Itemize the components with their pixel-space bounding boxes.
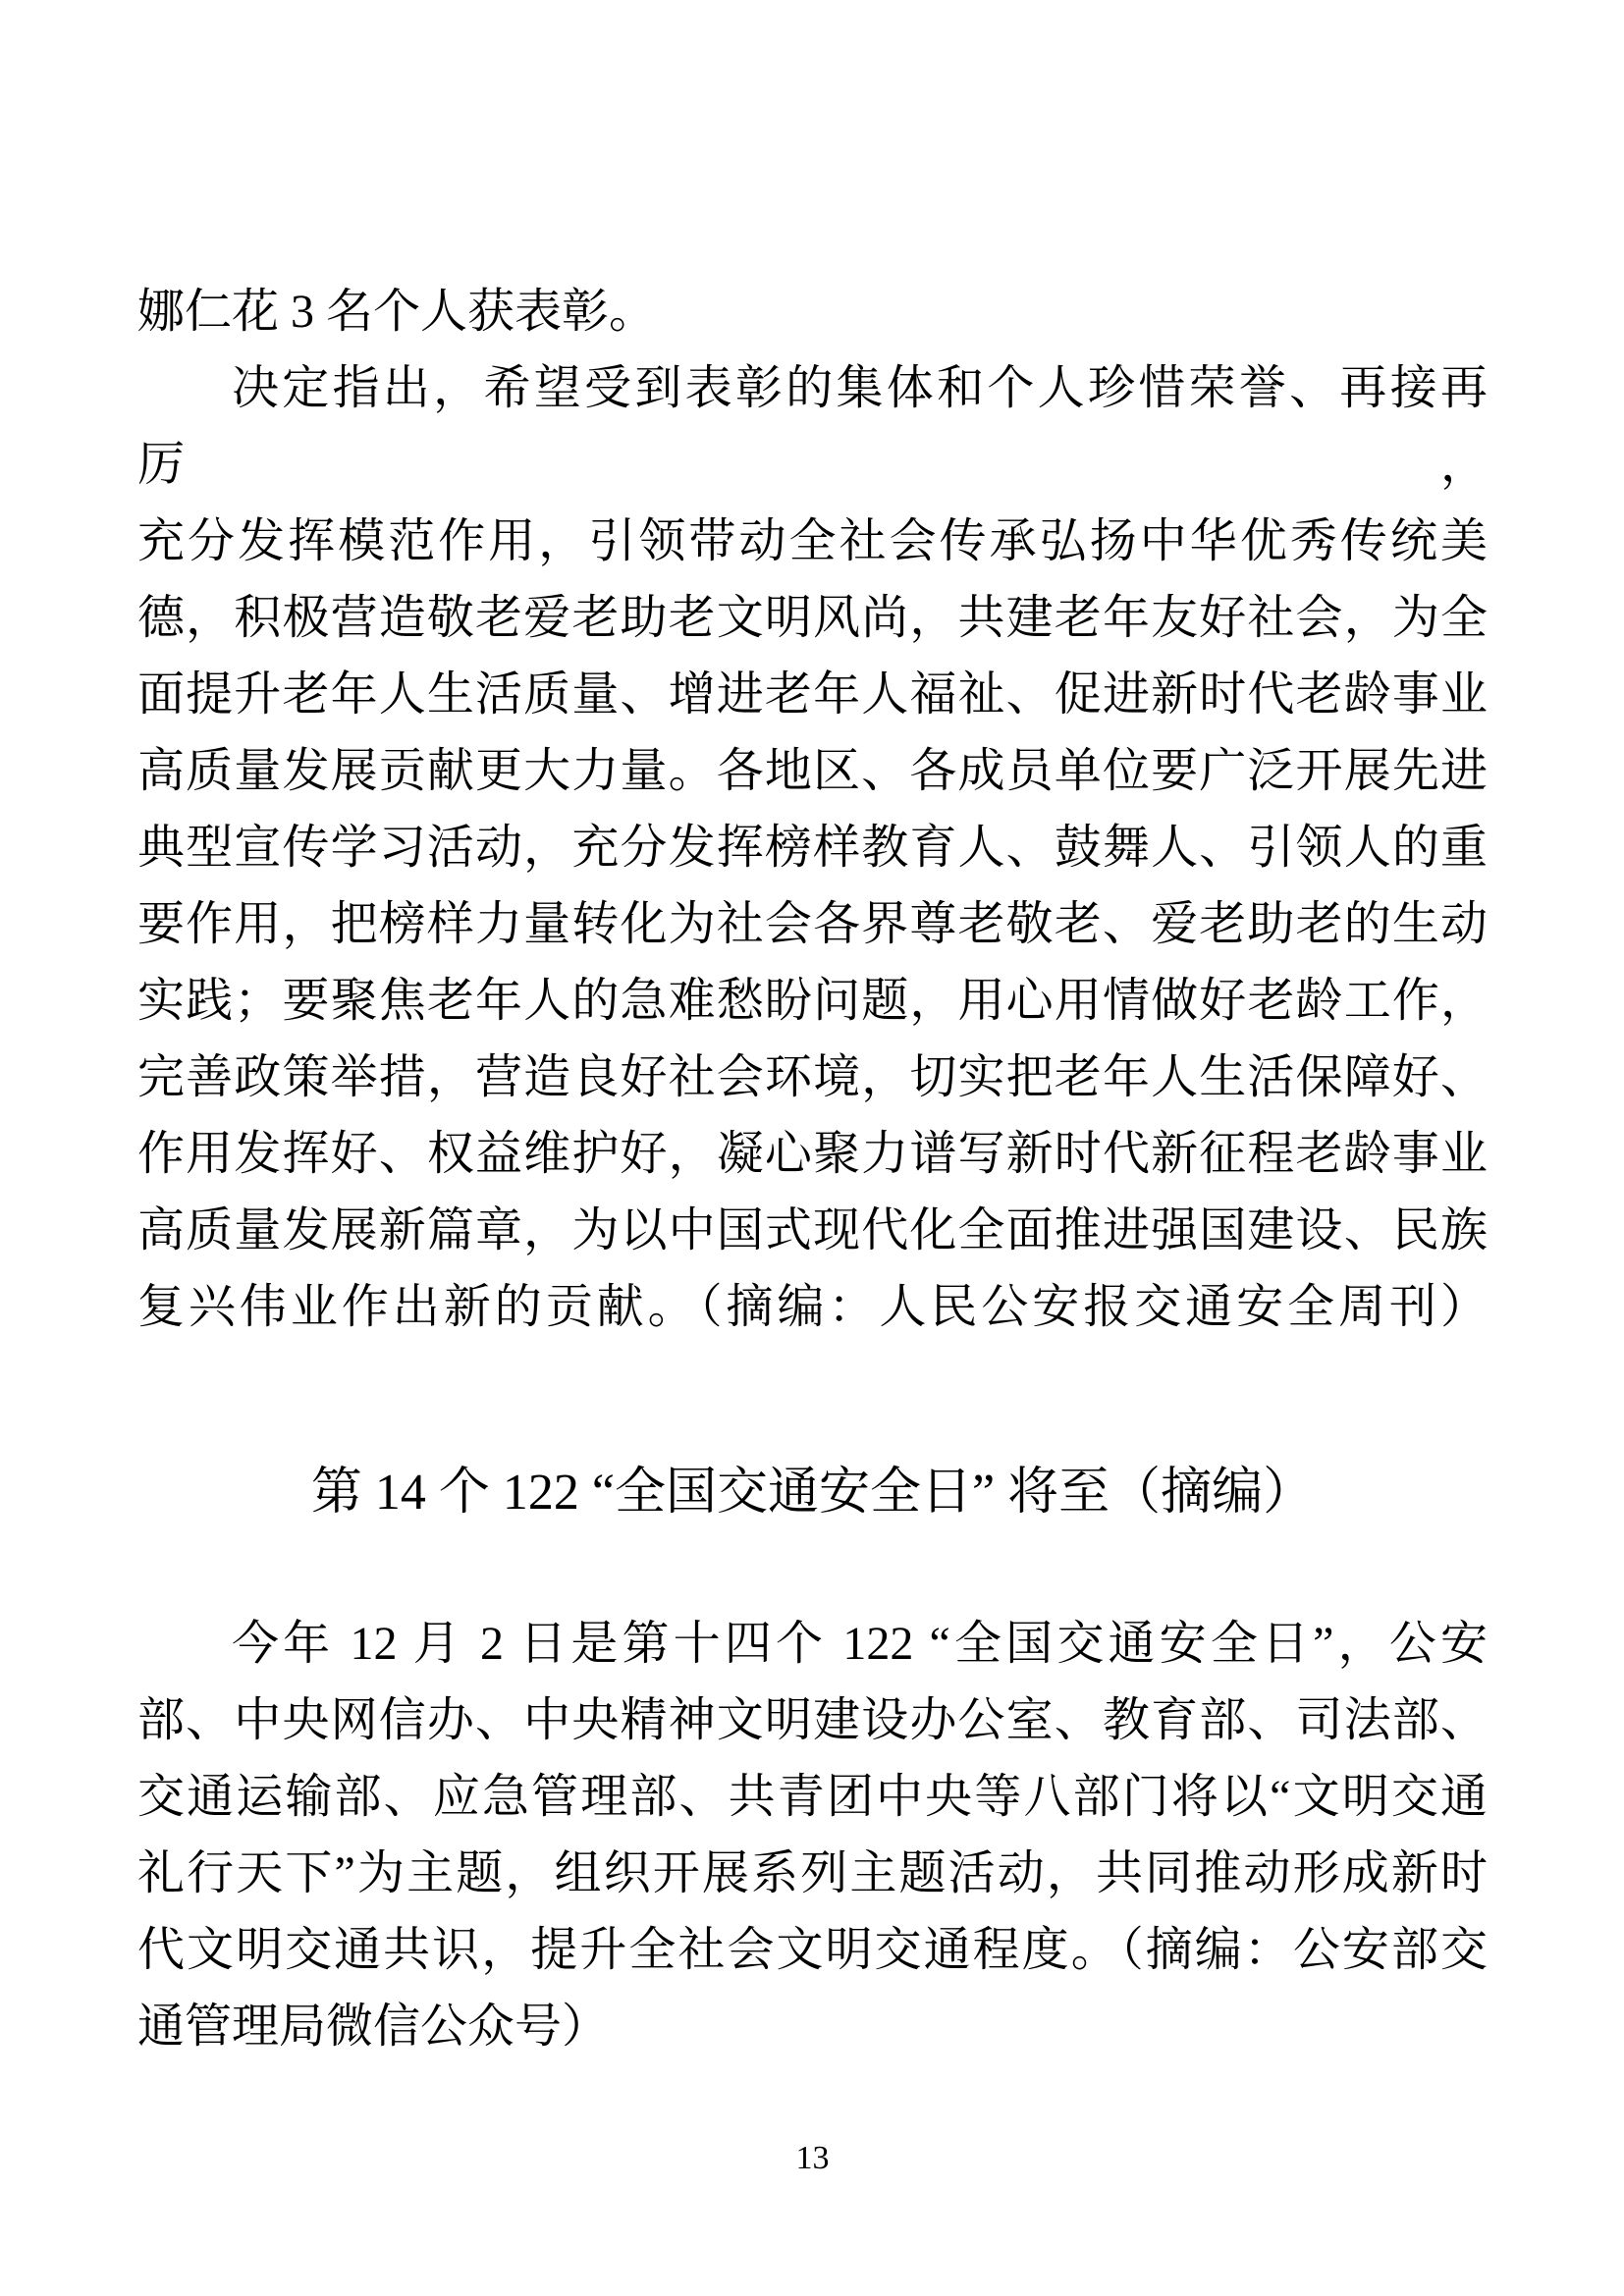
body-line: 充分发挥模范作用，引领带动全社会传承弘扬中华优秀传统美 <box>137 504 1488 580</box>
body-line: 完善政策举措，营造良好社会环境，切实把老年人生活保障好、 <box>137 1040 1488 1116</box>
body-line: 今年 12 月 2 日是第十四个 122 “全国交通安全日”，公安 <box>137 1606 1488 1682</box>
body-line: 作用发挥好、权益维护好，凝心聚力谱写新时代新征程老龄事业 <box>137 1116 1488 1193</box>
body-line: 交通运输部、应急管理部、共青团中央等八部门将以“文明交通 <box>137 1759 1488 1836</box>
body-line: 典型宣传学习活动，充分发挥榜样教育人、鼓舞人、引领人的重 <box>137 810 1488 886</box>
page-content: 娜仁花 3 名个人获表彰。 决定指出，希望受到表彰的集体和个人珍惜荣誉、再接再厉… <box>0 0 1624 2178</box>
body-line: 高质量发展新篇章，为以中国式现代化全面推进强国建设、民族 <box>137 1193 1488 1269</box>
body-line: 要作用，把榜样力量转化为社会各界尊老敬老、爱老助老的生动 <box>137 886 1488 963</box>
body-line: 决定指出，希望受到表彰的集体和个人珍惜荣誉、再接再厉， <box>137 350 1488 504</box>
body-line: 娜仁花 3 名个人获表彰。 <box>137 274 1488 350</box>
body-line: 部、中央网信办、中央精神文明建设办公室、教育部、司法部、 <box>137 1682 1488 1759</box>
section-heading: 第 14 个 122 “全国交通安全日” 将至（摘编） <box>137 1455 1488 1531</box>
page-number: 13 <box>137 2139 1488 2178</box>
body-line: 高质量发展贡献更大力量。各地区、各成员单位要广泛开展先进 <box>137 733 1488 810</box>
body-line: 面提升老年人生活质量、增进老年人福祉、促进新时代老龄事业 <box>137 657 1488 733</box>
document-page: 娜仁花 3 名个人获表彰。 决定指出，希望受到表彰的集体和个人珍惜荣誉、再接再厉… <box>0 0 1624 2296</box>
body-line: 通管理局微信公众号） <box>137 1989 1488 2065</box>
body-line: 德，积极营造敬老爱老助老文明风尚，共建老年友好社会，为全 <box>137 580 1488 657</box>
body-line: 代文明交通共识，提升全社会文明交通程度。（摘编：公安部交 <box>137 1912 1488 1989</box>
body-line: 礼行天下”为主题，组织开展系列主题活动，共同推动形成新时 <box>137 1836 1488 1912</box>
body-line: 实践；要聚焦老年人的急难愁盼问题，用心用情做好老龄工作， <box>137 963 1488 1040</box>
body-line: 复兴伟业作出新的贡献。（摘编：人民公安报交通安全周刊） <box>137 1269 1488 1346</box>
